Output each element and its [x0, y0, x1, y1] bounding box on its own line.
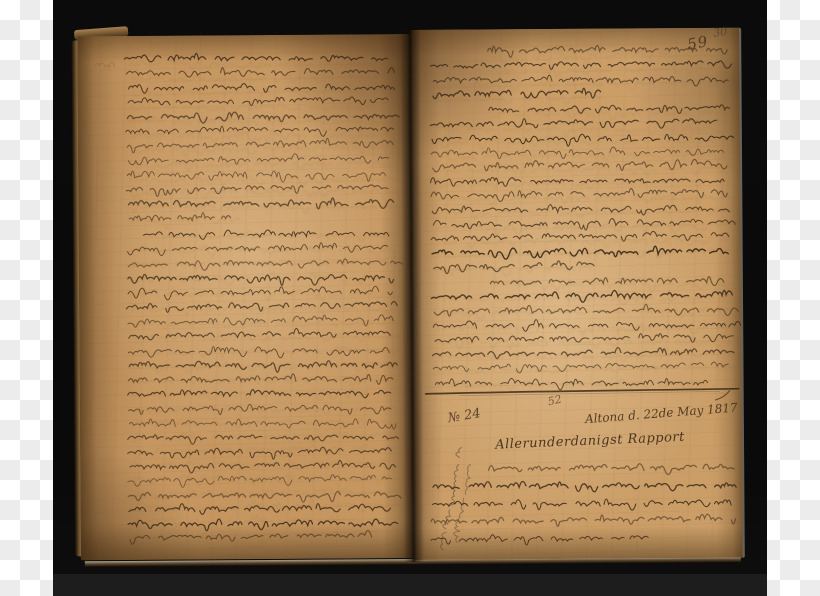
- cursive-handwriting: [95, 44, 742, 548]
- folio-number-secondary: 30: [712, 25, 727, 39]
- entry-divider-rule: [426, 389, 739, 402]
- transparency-checker-left: [0, 0, 53, 596]
- black-backdrop: 59 30 52 № 24 Altona d. 22de May 1817 Al…: [53, 0, 767, 596]
- screenshot-canvas: 59 30 52 № 24 Altona d. 22de May 1817 Al…: [0, 0, 820, 596]
- vertical-marginalia-note: [437, 447, 476, 553]
- manuscript-book: 59 30 52 № 24 Altona d. 22de May 1817 Al…: [77, 28, 743, 565]
- handwriting-ink-layer: [77, 28, 743, 565]
- backdrop-bottom-strip: [53, 574, 767, 596]
- transparency-checker-right: [767, 0, 820, 596]
- folio-number: 59: [686, 32, 710, 54]
